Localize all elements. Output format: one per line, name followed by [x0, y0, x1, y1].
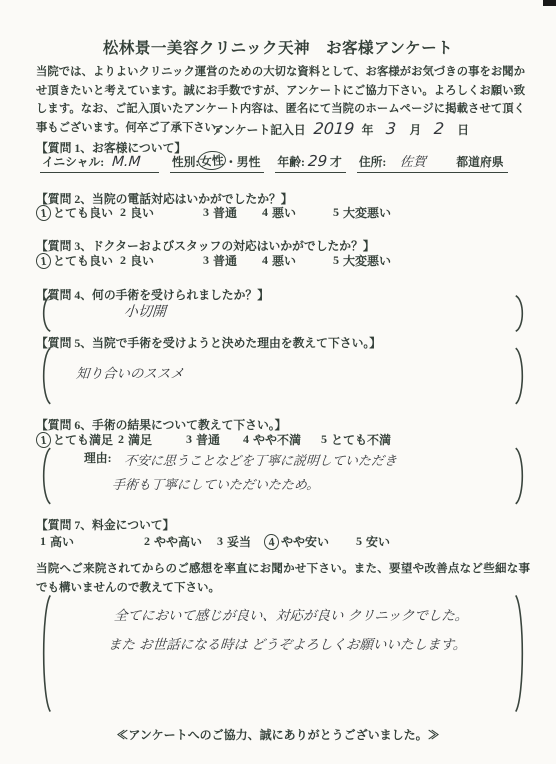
left-parenthesis: [38, 593, 52, 714]
q3-option-3-num: 3: [203, 253, 209, 268]
q2-option-4-label: 悪い: [272, 204, 296, 221]
q6-option-5-label: とても不満: [331, 431, 391, 448]
q7-option-3-num: 3: [217, 534, 223, 549]
q7-option-5-num: 5: [356, 534, 362, 549]
q7-option-2: 2やや高い: [144, 533, 217, 550]
q2-option-4: 4悪い: [262, 204, 333, 221]
q2-option-1: 1とても良い: [40, 204, 120, 221]
q2-option-4-num: 4: [262, 205, 268, 220]
q3-option-2: 2良い: [120, 252, 203, 269]
q7-option-2-num: 2: [144, 534, 150, 549]
q3-option-4-num: 4: [262, 253, 268, 268]
q7-option-1-num: 1: [40, 534, 46, 549]
initials-label: イニシャル:: [42, 153, 104, 170]
question3-options: 1とても良い 2良い 3普通 4悪い 5大変悪い: [40, 252, 391, 269]
question6-options: 1とても満足 2満足 3普通 4やや不満 5とても不満: [40, 431, 391, 448]
date-year-handwritten: 2019: [305, 119, 362, 138]
question1-fields-row: イニシャル: M.M 性別: 女性 ・ 男性 年齢: 29 才 住所: 佐賀 都…: [40, 151, 508, 173]
q4-handwritten-answer: 小切開: [123, 301, 166, 321]
q3-option-2-label: 良い: [130, 252, 154, 269]
question2-options: 1とても良い 2良い 3普通 4悪い 5大変悪い: [40, 204, 391, 221]
q6-option-4: 4やや不満: [243, 431, 321, 448]
q7-option-1-label: 高い: [50, 533, 74, 550]
survey-date-line: アンケート記入日 2019 年 3 月 2 日: [212, 119, 469, 138]
scanned-survey-page: 松林景一美容クリニック天神 お客様アンケート 当院では、よりよいクリニック運営の…: [0, 0, 556, 764]
q7-option-4-label: やや安い: [281, 533, 329, 550]
address-suffix: 都道府県: [456, 153, 503, 170]
gender-male-option: 男性: [237, 153, 261, 170]
q6-reason-line2-handwritten: 手術も丁寧にしていただいたため。: [111, 474, 320, 493]
question6-reason-box: 理由: 不安に思うことなどを丁寧に説明していただき 手術も丁寧にしていただいたた…: [38, 447, 528, 505]
page-title: 松林景一美容クリニック天神 お客様アンケート: [0, 36, 556, 58]
gender-field: 性別: 女性 ・ 男性: [170, 151, 265, 173]
address-field: 住所: 佐賀 都道府県: [357, 151, 508, 173]
q7-option-5-label: 安い: [366, 533, 390, 550]
question7-options: 1高い 2やや高い 3妥当 4やや安い 5安い: [40, 533, 390, 550]
comment-line2-handwritten: また お世話になる時は どうぞよろしくお願いいたします。: [107, 633, 467, 653]
q6-reason-line1-handwritten: 不安に思うことなどを丁寧に説明していただき: [123, 450, 397, 469]
q2-option-3-num: 3: [203, 205, 209, 220]
q3-option-5-label: 大変悪い: [343, 252, 391, 269]
question4-answer-area: 小切開: [52, 295, 514, 332]
comment-line1-handwritten: 全てにおいて感じが良い、対応が良い クリニックでした。: [113, 604, 469, 624]
q6-option-3-label: 普通: [196, 431, 220, 448]
q3-option-4-label: 悪い: [272, 252, 296, 269]
q3-option-4: 4悪い: [262, 252, 333, 269]
right-parenthesis: [514, 447, 528, 505]
q3-option-2-num: 2: [120, 253, 126, 268]
q6-option-1-label: とても満足: [53, 431, 113, 448]
free-comment-prompt: 当院へご来院されてからのご感想を率直にお聞かせ下さい。また、要望や改善点など些細…: [36, 560, 530, 597]
q6-option-3-num: 3: [186, 432, 192, 447]
q7-option-4: 4やや安い: [268, 533, 356, 550]
q6-option-2-label: 満足: [128, 431, 152, 448]
q3-option-5: 5大変悪い: [333, 252, 391, 269]
free-comment-box: 全てにおいて感じが良い、対応が良い クリニックでした。 また お世話になる時は …: [38, 593, 528, 714]
q3-selected-circle: 1: [35, 252, 52, 269]
age-label: 年齢:: [277, 153, 305, 170]
question7-header: 【質問 7、料金について】: [36, 516, 174, 533]
gender-selected-circle: 女性: [198, 150, 227, 171]
q2-option-5-label: 大変悪い: [343, 204, 391, 221]
q3-option-1-label: とても良い: [53, 252, 113, 269]
q2-option-2: 2良い: [120, 204, 203, 221]
question5-answer-box: 知り合いのススメ: [38, 347, 528, 405]
q2-option-2-label: 良い: [130, 204, 154, 221]
q6-selected-circle: 1: [35, 431, 52, 448]
q6-option-3: 3普通: [186, 431, 243, 448]
age-field: 年齢: 29 才: [275, 152, 345, 173]
q6-option-2: 2満足: [118, 431, 186, 448]
q7-option-3: 3妥当: [217, 533, 268, 550]
q3-option-5-num: 5: [333, 253, 339, 268]
age-unit: 才: [330, 153, 342, 170]
q7-option-5: 5安い: [356, 533, 390, 550]
age-handwritten-value: 29: [304, 152, 330, 170]
gender-label: 性別:: [172, 153, 200, 170]
date-month-handwritten: 3: [373, 119, 410, 138]
reason-label: 理由:: [84, 449, 112, 466]
q6-option-5: 5とても不満: [321, 431, 391, 448]
q3-option-3: 3普通: [203, 252, 262, 269]
gender-female-option: 女性: [200, 153, 225, 169]
initials-field: イニシャル: M.M: [40, 153, 159, 173]
q7-option-1: 1高い: [40, 533, 144, 550]
q5-handwritten-answer: 知り合いのススメ: [75, 362, 184, 382]
left-parenthesis: [38, 447, 52, 505]
q7-option-2-label: やや高い: [154, 533, 202, 550]
left-parenthesis: [38, 347, 52, 405]
q3-option-1: 1とても良い: [40, 252, 120, 269]
gender-separator: ・: [225, 153, 237, 170]
q6-option-2-num: 2: [118, 432, 124, 447]
question5-answer-area: 知り合いのススメ: [52, 347, 514, 405]
left-parenthesis: [38, 295, 52, 332]
date-label: アンケート記入日: [212, 121, 306, 138]
q6-option-1: 1とても満足: [40, 431, 118, 448]
q2-option-1-label: とても良い: [53, 204, 113, 221]
free-comment-area: 全てにおいて感じが良い、対応が良い クリニックでした。 また お世話になる時は …: [52, 593, 514, 714]
question6-reason-area: 理由: 不安に思うことなどを丁寧に説明していただき 手術も丁寧にしていただいたた…: [52, 447, 514, 505]
q2-option-3: 3普通: [203, 204, 262, 221]
address-handwritten-value: 佐賀: [386, 151, 441, 170]
date-day-handwritten: 2: [421, 119, 458, 138]
q6-option-5-num: 5: [321, 432, 327, 447]
right-parenthesis: [514, 295, 528, 332]
q7-selected-circle: 4: [263, 533, 280, 550]
q7-option-3-label: 妥当: [227, 533, 251, 550]
date-day-unit: 日: [457, 121, 469, 138]
question4-answer-box: 小切開: [38, 295, 528, 332]
q2-option-5-num: 5: [333, 205, 339, 220]
q6-option-4-num: 4: [243, 432, 249, 447]
q2-option-2-num: 2: [120, 205, 126, 220]
q2-selected-circle: 1: [35, 204, 52, 221]
thank-you-footer: ≪アンケートへのご協力、誠にありがとうございました。≫: [0, 726, 556, 743]
scan-artifact: [543, 0, 556, 6]
right-parenthesis: [514, 347, 528, 405]
q2-option-3-label: 普通: [213, 204, 237, 221]
address-label: 住所:: [359, 153, 387, 170]
q3-option-3-label: 普通: [213, 252, 237, 269]
q2-option-5: 5大変悪い: [333, 204, 391, 221]
right-parenthesis: [514, 593, 528, 714]
initials-handwritten-value: M.M: [104, 154, 156, 170]
q6-option-4-label: やや不満: [253, 431, 301, 448]
